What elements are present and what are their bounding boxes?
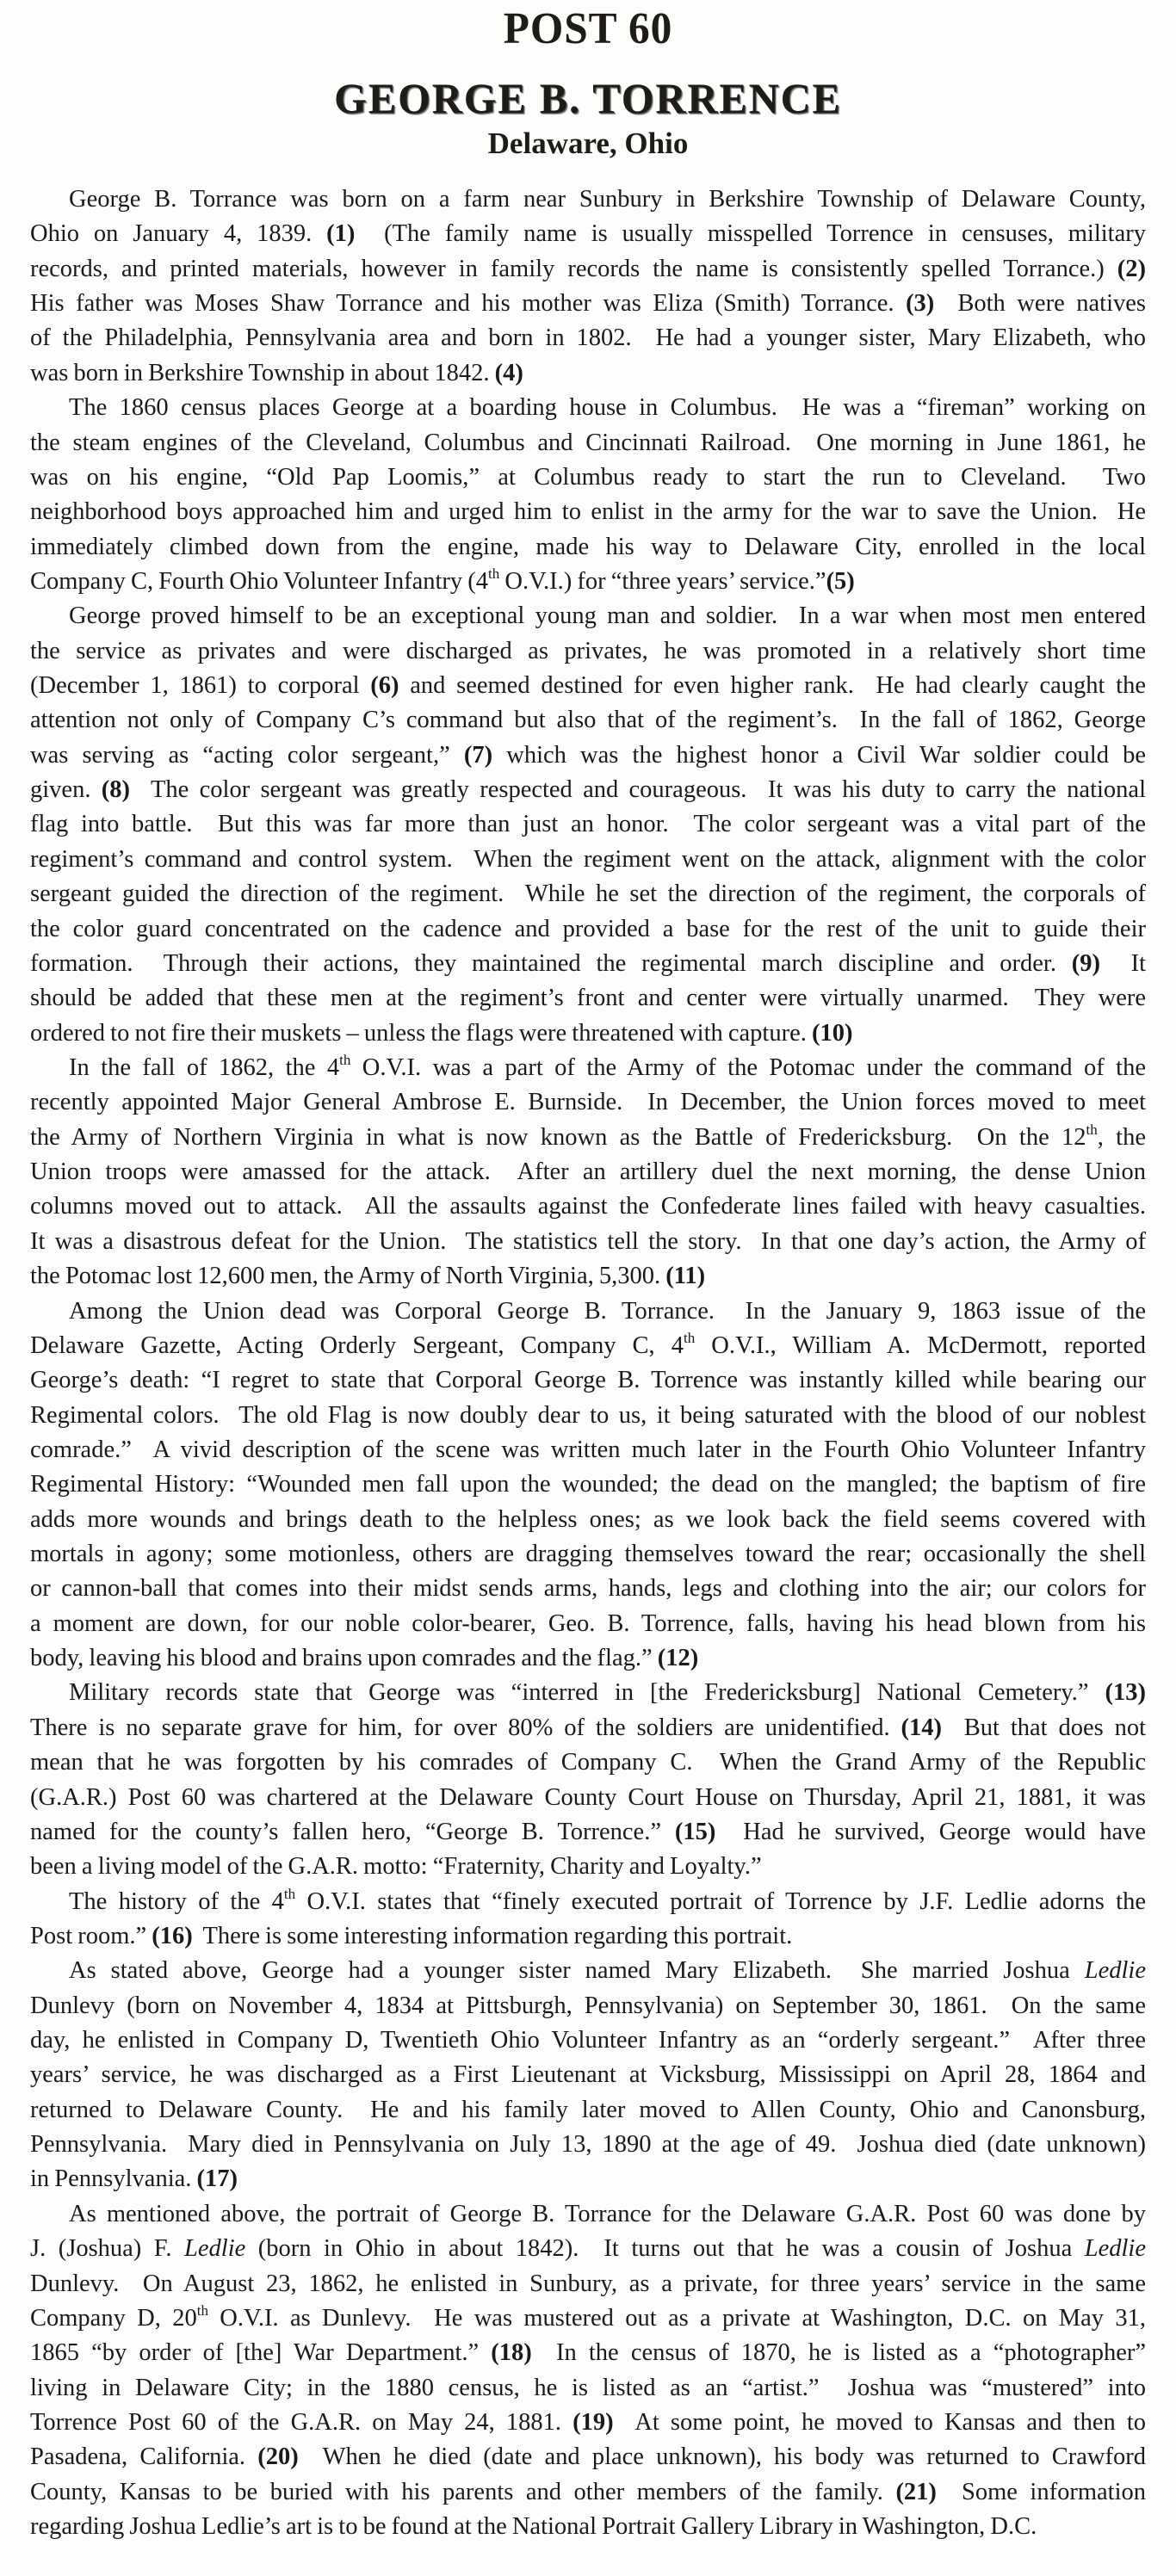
text-segment: (born in Ohio in about 1842). It turns o… — [245, 2235, 1084, 2262]
text-segment: , the — [1098, 1124, 1146, 1151]
text-line: There is no separate grave for him, for … — [30, 1711, 1146, 1745]
text-line: Regimental History: “Wounded men fall up… — [30, 1467, 1146, 1502]
footnote-ref: (3) — [906, 290, 934, 317]
text-line: Regimental colors. The old Flag is now d… — [30, 1399, 1146, 1433]
text-segment: attention not only of Company C’s comman… — [30, 707, 1146, 733]
text-segment: It — [1100, 950, 1146, 977]
text-line: sergeant guided the direction of the reg… — [30, 877, 1146, 911]
paragraph: As mentioned above, the portrait of Geor… — [30, 2197, 1146, 2545]
article-body: George B. Torrance was born on a farm ne… — [30, 182, 1146, 2544]
ordinal-suffix: th — [684, 1330, 695, 1346]
text-segment: O.V.I. states that “finely executed port… — [295, 1888, 1146, 1915]
text-line: a moment are down, for our noble color-b… — [30, 1607, 1146, 1641]
text-segment: Post room.” — [30, 1923, 152, 1949]
text-line: His father was Moses Shaw Torrance and h… — [30, 287, 1146, 321]
text-segment: the service as privates and were dischar… — [30, 638, 1146, 664]
footnote-ref: (1) — [326, 220, 355, 247]
footnote-ref: (9) — [1072, 950, 1100, 977]
text-line: Torrence Post 60 of the G.A.R. on May 24… — [30, 2406, 1146, 2440]
footnote-ref: (7) — [464, 742, 492, 769]
text-line: (December 1, 1861) to corporal (6) and s… — [30, 669, 1146, 703]
text-segment: mean that he was forgotten by his comrad… — [30, 1749, 1146, 1776]
footnote-ref: (2) — [1117, 256, 1146, 282]
italic-name: Ledlie — [1085, 2235, 1146, 2262]
text-line: was serving as “acting color sergeant,” … — [30, 738, 1146, 773]
text-segment: There is some interesting information re… — [193, 1923, 792, 1949]
text-segment: Among the Union dead was Corporal George… — [69, 1298, 1146, 1325]
text-segment: O.V.I., William A. McDermott, reported — [695, 1332, 1146, 1359]
text-segment: As stated above, George had a younger si… — [69, 1957, 1085, 1984]
text-segment: mortals in agony; some motionless, other… — [30, 1541, 1146, 1567]
text-segment: Regimental History: “Wounded men fall up… — [30, 1471, 1146, 1498]
text-line: been a living model of the G.A.R. motto:… — [30, 1850, 1146, 1884]
text-segment: should be added that these men at the re… — [30, 985, 1146, 1011]
text-segment: As mentioned above, the portrait of Geor… — [69, 2201, 1146, 2227]
text-segment: 1865 “by order of [the] War Department.” — [30, 2339, 491, 2366]
text-segment: records, and printed materials, however … — [30, 256, 1117, 282]
footnote-ref: (5) — [826, 568, 855, 595]
italic-name: Ledlie — [184, 2235, 245, 2262]
text-segment: was serving as “acting color sergeant,” — [30, 742, 464, 769]
text-line: records, and printed materials, however … — [30, 252, 1146, 287]
footnote-ref: (11) — [665, 1263, 705, 1289]
text-segment: a moment are down, for our noble color-b… — [30, 1610, 1146, 1637]
text-segment: been a living model of the G.A.R. motto:… — [30, 1853, 762, 1880]
text-line: of the Philadelphia, Pennsylvania area a… — [30, 321, 1146, 355]
text-line: 1865 “by order of [the] War Department.”… — [30, 2336, 1146, 2370]
text-line: Post room.” (16) There is some interesti… — [30, 1919, 1146, 1954]
text-line: returned to Delaware County. He and his … — [30, 2093, 1146, 2128]
text-line: columns moved out to attack. All the ass… — [30, 1189, 1146, 1224]
text-line: In the fall of 1862, the 4th O.V.I. was … — [30, 1051, 1146, 1085]
text-segment: At some point, he moved to Kansas and th… — [614, 2409, 1146, 2436]
text-segment: named for the county’s fallen hero, “Geo… — [30, 1819, 675, 1845]
location-subheading: Delaware, Ohio — [0, 126, 1176, 162]
text-segment: The 1860 census places George at a board… — [69, 394, 1146, 421]
text-line: Delaware Gazette, Acting Orderly Sergean… — [30, 1329, 1146, 1363]
ordinal-suffix: th — [197, 2302, 208, 2319]
text-segment: (The family name is usually misspelled T… — [355, 220, 1146, 247]
text-line: The history of the 4th O.V.I. states tha… — [30, 1885, 1146, 1919]
text-segment: Military records state that George was “… — [69, 1679, 1105, 1706]
text-segment: which was the highest honor a Civil War … — [492, 742, 1146, 769]
text-line: years’ service, he was discharged as a F… — [30, 2058, 1146, 2092]
footnote-ref: (12) — [658, 1645, 698, 1671]
footnote-ref: (19) — [573, 2409, 613, 2436]
text-segment: living in Delaware City; in the 1880 cen… — [30, 2375, 1146, 2401]
footnote-ref: (21) — [895, 2479, 936, 2505]
text-segment: neighborhood boys approached him and urg… — [30, 498, 1146, 525]
text-line: or cannon-ball that comes into their mid… — [30, 1572, 1146, 1606]
text-line: was on his engine, “Old Pap Loomis,” at … — [30, 460, 1146, 495]
footnote-ref: (6) — [370, 672, 399, 699]
text-segment: When he died (date and place unknown), h… — [299, 2443, 1146, 2470]
text-segment: It was a disastrous defeat for the Union… — [30, 1228, 1146, 1255]
text-segment: and seemed destined for even higher rank… — [399, 672, 1147, 699]
text-line: George B. Torrance was born on a farm ne… — [30, 182, 1146, 217]
text-segment: in Pennsylvania. — [30, 2165, 197, 2192]
text-line: George proved himself to be an exception… — [30, 599, 1146, 633]
footnote-ref: (17) — [197, 2165, 238, 2192]
text-line: adds more wounds and brings death to the… — [30, 1503, 1146, 1537]
paragraph: As stated above, George had a younger si… — [30, 1954, 1146, 2197]
text-segment: Company D, 20 — [30, 2305, 197, 2332]
paragraph: The 1860 census places George at a board… — [30, 391, 1146, 599]
text-line: body, leaving his blood and brains upon … — [30, 1641, 1146, 1676]
text-segment: Torrence Post 60 of the G.A.R. on May 24… — [30, 2409, 573, 2436]
paragraph: George B. Torrance was born on a farm ne… — [30, 182, 1146, 391]
text-line: neighborhood boys approached him and urg… — [30, 495, 1146, 529]
text-line: Pennsylvania. Mary died in Pennsylvania … — [30, 2128, 1146, 2162]
text-segment: But that does not — [942, 1714, 1146, 1741]
text-segment: George’s death: “I regret to state that … — [30, 1367, 1146, 1393]
footnote-ref: (14) — [901, 1714, 942, 1741]
text-segment: sergeant guided the direction of the reg… — [30, 880, 1146, 907]
text-segment: given. — [30, 776, 102, 803]
text-line: mortals in agony; some motionless, other… — [30, 1537, 1146, 1572]
text-line: Ohio on January 4, 1839. (1) (The family… — [30, 217, 1146, 251]
text-line: in Pennsylvania. (17) — [30, 2162, 1146, 2196]
text-line: was born in Berkshire Township in about … — [30, 356, 1146, 391]
text-segment: Pasadena, California. — [30, 2443, 257, 2470]
text-line: It was a disastrous defeat for the Union… — [30, 1225, 1146, 1259]
paragraph: Among the Union dead was Corporal George… — [30, 1294, 1146, 1677]
text-segment: In the fall of 1862, the 4 — [69, 1054, 339, 1081]
footnote-ref: (4) — [495, 360, 523, 386]
text-segment: day, he enlisted in Company D, Twentieth… — [30, 2027, 1146, 2054]
text-line: should be added that these men at the re… — [30, 981, 1146, 1016]
ordinal-suffix: th — [1086, 1121, 1098, 1138]
text-line: formation. Through their actions, they m… — [30, 947, 1146, 981]
post-number-heading: POST 60 — [29, 5, 1147, 53]
text-line: J. (Joshua) F. Ledlie (born in Ohio in a… — [30, 2232, 1146, 2266]
text-line: Dunlevy (born on November 4, 1834 at Pit… — [30, 1989, 1146, 2023]
footnote-ref: (15) — [675, 1819, 715, 1845]
text-line: Among the Union dead was Corporal George… — [30, 1294, 1146, 1329]
text-segment: Had he survived, George would have — [715, 1819, 1146, 1845]
text-segment: the color guard concentrated on the cade… — [30, 916, 1146, 942]
text-line: Company C, Fourth Ohio Volunteer Infantr… — [30, 565, 1146, 599]
text-line: (G.A.R.) Post 60 was chartered at the De… — [30, 1781, 1146, 1815]
text-line: Company D, 20th O.V.I. as Dunlevy. He wa… — [30, 2301, 1146, 2336]
text-segment: flag into battle. But this was far more … — [30, 811, 1146, 837]
footnote-ref: (13) — [1105, 1679, 1146, 1706]
text-line: County, Kansas to be buried with his par… — [30, 2475, 1146, 2510]
text-line: immediately climbed down from the engine… — [30, 530, 1146, 565]
text-line: living in Delaware City; in the 1880 cen… — [30, 2371, 1146, 2406]
honoree-name-heading: GEORGE B. TORRENCE — [17, 74, 1158, 122]
text-line: Union troops were amassed for the attack… — [30, 1155, 1146, 1189]
text-segment: His father was Moses Shaw Torrance and h… — [30, 290, 906, 317]
text-line: recently appointed Major General Ambrose… — [30, 1085, 1146, 1120]
text-segment: George B. Torrance was born on a farm ne… — [69, 186, 1146, 213]
text-segment: (December 1, 1861) to corporal — [30, 672, 370, 699]
text-line: the service as privates and were dischar… — [30, 634, 1146, 669]
text-line: the steam engines of the Cleveland, Colu… — [30, 426, 1146, 460]
footnote-ref: (16) — [152, 1923, 192, 1949]
text-segment: columns moved out to attack. All the ass… — [30, 1193, 1146, 1220]
text-segment: Some information — [937, 2479, 1146, 2505]
text-segment: In the census of 1870, he is listed as a… — [532, 2339, 1146, 2366]
text-segment: regiment’s command and control system. W… — [30, 846, 1146, 873]
text-line: As mentioned above, the portrait of Geor… — [30, 2197, 1146, 2232]
footnote-ref: (10) — [812, 1020, 852, 1047]
text-segment: Regimental colors. The old Flag is now d… — [30, 1402, 1146, 1429]
text-segment: George proved himself to be an exception… — [69, 602, 1146, 629]
text-segment: Pennsylvania. Mary died in Pennsylvania … — [30, 2131, 1146, 2158]
paragraph: Military records state that George was “… — [30, 1676, 1146, 1884]
text-line: George’s death: “I regret to state that … — [30, 1363, 1146, 1398]
text-segment: O.V.I. was a part of the Army of the Pot… — [350, 1054, 1146, 1081]
text-segment: the Potomac lost 12,600 men, the Army of… — [30, 1263, 665, 1289]
text-line: Pasadena, California. (20) When he died … — [30, 2440, 1146, 2474]
text-segment: There is no separate grave for him, for … — [30, 1714, 901, 1741]
text-segment: (G.A.R.) Post 60 was chartered at the De… — [30, 1784, 1146, 1811]
text-segment: formation. Through their actions, they m… — [30, 950, 1072, 977]
ordinal-suffix: th — [339, 1052, 350, 1068]
text-line: regarding Joshua Ledlie’s art is to be f… — [30, 2510, 1146, 2544]
text-segment: comrade.” A vivid description of the sce… — [30, 1436, 1146, 1463]
text-segment: of the Philadelphia, Pennsylvania area a… — [30, 324, 1146, 351]
text-line: the Potomac lost 12,600 men, the Army of… — [30, 1259, 1146, 1294]
text-segment: the steam engines of the Cleveland, Colu… — [30, 429, 1146, 456]
text-line: ordered to not fire their muskets – unle… — [30, 1016, 1146, 1051]
text-line: mean that he was forgotten by his comrad… — [30, 1745, 1146, 1780]
text-segment: was born in Berkshire Township in about … — [30, 360, 495, 386]
text-segment: Dunlevy. On August 23, 1862, he enlisted… — [30, 2270, 1146, 2297]
text-segment: returned to Delaware County. He and his … — [30, 2097, 1146, 2123]
text-line: Dunlevy. On August 23, 1862, he enlisted… — [30, 2267, 1146, 2301]
text-segment: O.V.I.) for “three years’ service.” — [499, 568, 826, 595]
footnote-ref: (8) — [102, 776, 130, 803]
footnote-ref: (20) — [257, 2443, 298, 2470]
paragraph: The history of the 4th O.V.I. states tha… — [30, 1885, 1146, 1955]
text-segment: Both were natives — [934, 290, 1146, 317]
text-line: attention not only of Company C’s comman… — [30, 703, 1146, 738]
text-segment: The history of the 4 — [69, 1888, 284, 1915]
text-segment: recently appointed Major General Ambrose… — [30, 1089, 1146, 1115]
text-line: day, he enlisted in Company D, Twentieth… — [30, 2023, 1146, 2058]
text-line: the Army of Northern Virginia in what is… — [30, 1121, 1146, 1155]
text-segment: body, leaving his blood and brains upon … — [30, 1645, 658, 1671]
text-segment: The color sergeant was greatly respected… — [130, 776, 1146, 803]
text-segment: adds more wounds and brings death to the… — [30, 1506, 1146, 1533]
text-line: the color guard concentrated on the cade… — [30, 912, 1146, 947]
text-line: given. (8) The color sergeant was greatl… — [30, 773, 1146, 807]
text-segment: Delaware Gazette, Acting Orderly Sergean… — [30, 1332, 684, 1359]
text-line: flag into battle. But this was far more … — [30, 807, 1146, 842]
text-segment: or cannon-ball that comes into their mid… — [30, 1575, 1146, 1602]
text-line: Military records state that George was “… — [30, 1676, 1146, 1710]
text-segment: was on his engine, “Old Pap Loomis,” at … — [30, 464, 1146, 491]
text-segment: Ohio on January 4, 1839. — [30, 220, 326, 247]
text-segment: J. (Joshua) F. — [30, 2235, 184, 2262]
text-line: comrade.” A vivid description of the sce… — [30, 1433, 1146, 1467]
text-segment: Company C, Fourth Ohio Volunteer Infantr… — [30, 568, 488, 595]
footnote-ref: (18) — [491, 2339, 531, 2366]
text-segment: Dunlevy (born on November 4, 1834 at Pit… — [30, 1992, 1146, 2019]
text-segment: Union troops were amassed for the attack… — [30, 1158, 1146, 1185]
ordinal-suffix: th — [284, 1886, 295, 1902]
text-segment: regarding Joshua Ledlie’s art is to be f… — [30, 2513, 1037, 2540]
text-line: The 1860 census places George at a board… — [30, 391, 1146, 425]
italic-name: Ledlie — [1085, 1957, 1146, 1984]
text-line: named for the county’s fallen hero, “Geo… — [30, 1815, 1146, 1850]
text-segment: County, Kansas to be buried with his par… — [30, 2479, 895, 2505]
text-line: regiment’s command and control system. W… — [30, 843, 1146, 877]
text-segment: ordered to not fire their muskets – unle… — [30, 1020, 812, 1047]
text-segment: immediately climbed down from the engine… — [30, 534, 1146, 560]
text-segment: years’ service, he was discharged as a F… — [30, 2061, 1146, 2088]
paragraph: George proved himself to be an exception… — [30, 599, 1146, 1051]
text-line: As stated above, George had a younger si… — [30, 1954, 1146, 1988]
paragraph: In the fall of 1862, the 4th O.V.I. was … — [30, 1051, 1146, 1294]
text-segment: O.V.I. as Dunlevy. He was mustered out a… — [208, 2305, 1146, 2332]
ordinal-suffix: th — [488, 565, 499, 582]
text-segment: the Army of Northern Virginia in what is… — [30, 1124, 1086, 1151]
